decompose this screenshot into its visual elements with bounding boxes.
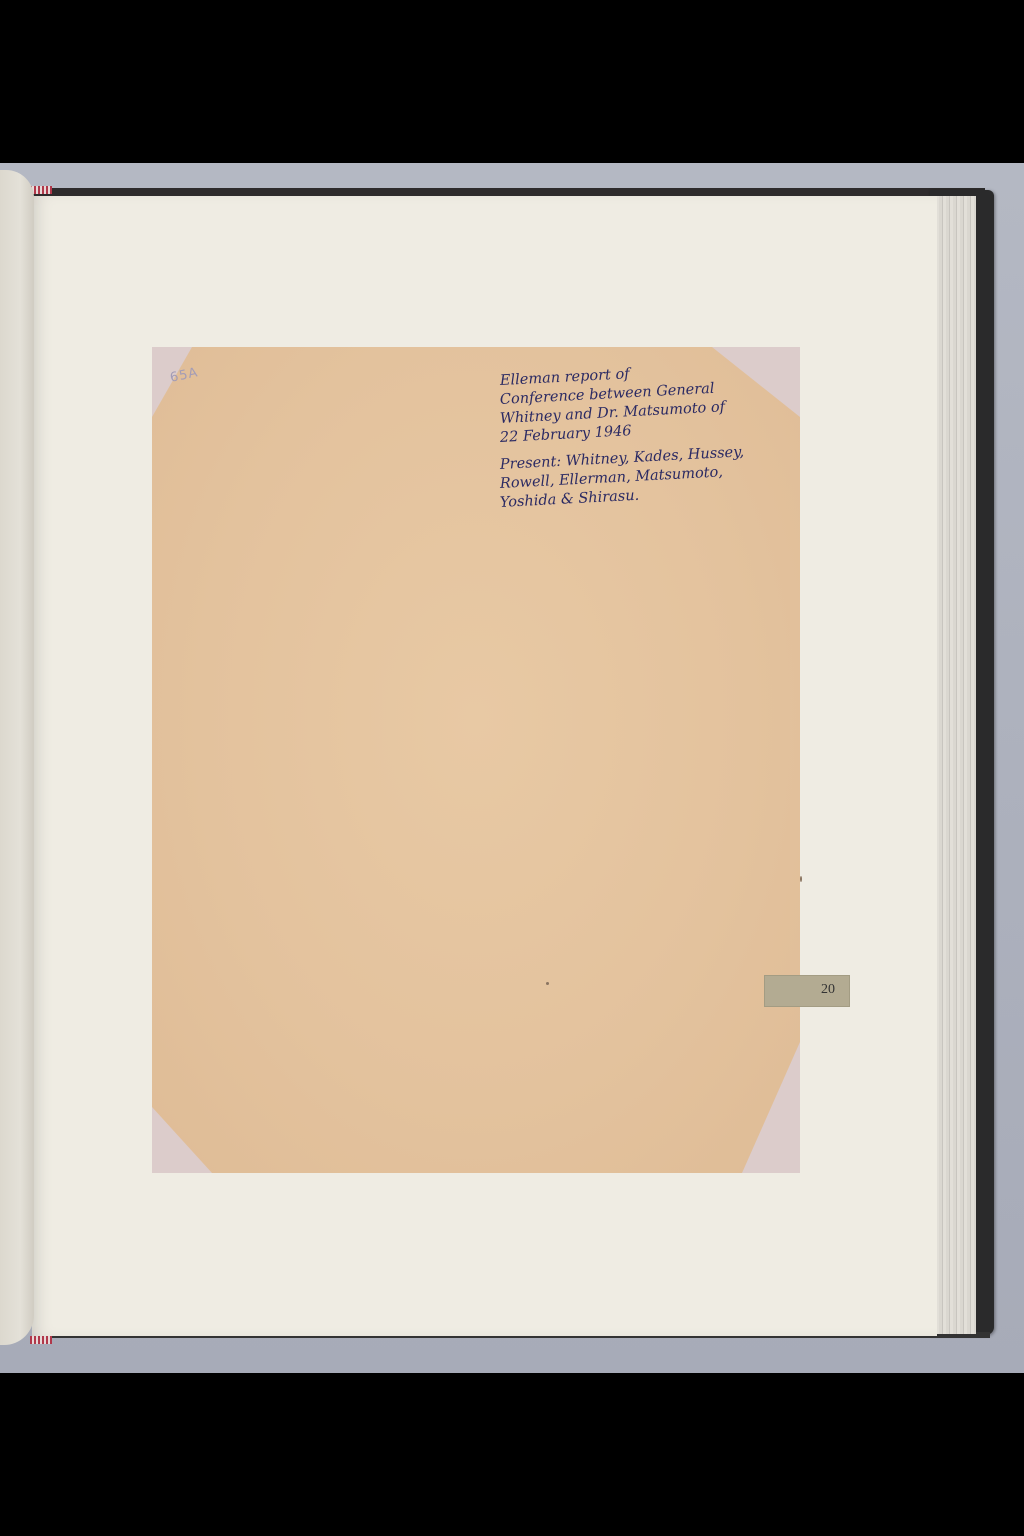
headband-bottom	[30, 1336, 52, 1344]
left-facing-page-curl	[0, 170, 34, 1345]
index-tab: 20	[764, 975, 850, 1007]
page-block-edges	[932, 196, 976, 1334]
handwritten-note: Elleman report of Conference between Gen…	[500, 372, 770, 513]
index-tab-number: 20	[821, 982, 835, 998]
paper-speck	[546, 982, 549, 985]
paper-tear-mark	[800, 876, 802, 882]
